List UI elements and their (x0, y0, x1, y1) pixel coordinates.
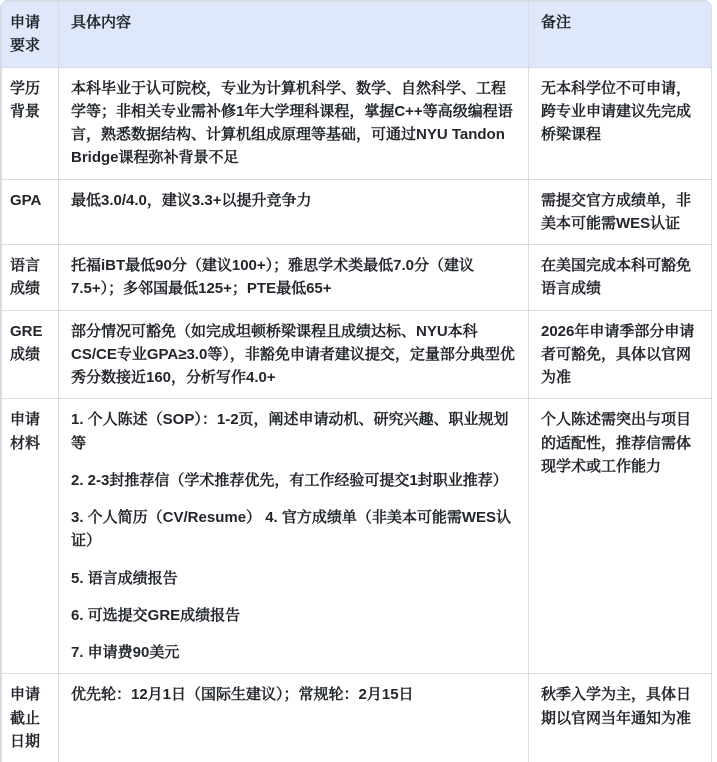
table-body: 学历背景本科毕业于认可院校，专业为计算机科学、数学、自然科学、工程学等；非相关专… (2, 67, 712, 762)
cell-detail: 1. 个人陈述（SOP）：1-2页，阐述申请动机、研究兴趣、职业规划等2. 2-… (59, 399, 529, 674)
table-row: 申请截止日期优先轮：12月1日（国际生建议）；常规轮：2月15日秋季入学为主，具… (2, 674, 712, 762)
cell-detail: 本科毕业于认可院校，专业为计算机科学、数学、自然科学、工程学等；非相关专业需补修… (59, 67, 529, 179)
requirements-table: 申请要求 具体内容 备注 学历背景本科毕业于认可院校，专业为计算机科学、数学、自… (1, 1, 712, 762)
cell-detail: 优先轮：12月1日（国际生建议）；常规轮：2月15日 (59, 674, 529, 762)
cell-detail: 托福iBT最低90分（建议100+）；雅思学术类最低7.0分（建议7.5+）；多… (59, 245, 529, 311)
detail-paragraph: 3. 个人简历（CV/Resume） 4. 官方成绩单（非美本可能需WES认证） (71, 506, 518, 553)
detail-paragraph: 最低3.0/4.0，建议3.3+以提升竞争力 (71, 189, 518, 212)
detail-paragraph: 2. 2-3封推荐信（学术推荐优先，有工作经验可提交1封职业推荐） (71, 469, 518, 492)
cell-note: 在美国完成本科可豁免语言成绩 (529, 245, 712, 311)
table-row: GRE成绩部分情况可豁免（如完成坦顿桥梁课程且成绩达标、NYU本科CS/CE专业… (2, 310, 712, 399)
detail-paragraph: 部分情况可豁免（如完成坦顿桥梁课程且成绩达标、NYU本科CS/CE专业GPA≥3… (71, 320, 518, 390)
cell-requirement: 申请材料 (2, 399, 59, 674)
cell-requirement: 申请截止日期 (2, 674, 59, 762)
cell-requirement: GPA (2, 179, 59, 245)
detail-paragraph: 优先轮：12月1日（国际生建议）；常规轮：2月15日 (71, 683, 518, 706)
cell-requirement: 学历背景 (2, 67, 59, 179)
cell-detail: 最低3.0/4.0，建议3.3+以提升竞争力 (59, 179, 529, 245)
cell-requirement: 语言成绩 (2, 245, 59, 311)
cell-requirement: GRE成绩 (2, 310, 59, 399)
cell-note: 秋季入学为主，具体日期以官网当年通知为准 (529, 674, 712, 762)
detail-paragraph: 1. 个人陈述（SOP）：1-2页，阐述申请动机、研究兴趣、职业规划等 (71, 408, 518, 455)
table-row: GPA最低3.0/4.0，建议3.3+以提升竞争力需提交官方成绩单，非美本可能需… (2, 179, 712, 245)
detail-paragraph: 托福iBT最低90分（建议100+）；雅思学术类最低7.0分（建议7.5+）；多… (71, 254, 518, 301)
header-cell-requirement: 申请要求 (2, 2, 59, 68)
requirements-table-container: 申请要求 具体内容 备注 学历背景本科毕业于认可院校，专业为计算机科学、数学、自… (0, 0, 712, 762)
table-row: 申请材料1. 个人陈述（SOP）：1-2页，阐述申请动机、研究兴趣、职业规划等2… (2, 399, 712, 674)
cell-note: 无本科学位不可申请，跨专业申请建议先完成桥梁课程 (529, 67, 712, 179)
header-cell-detail: 具体内容 (59, 2, 529, 68)
detail-paragraph: 5. 语言成绩报告 (71, 567, 518, 590)
detail-paragraph: 本科毕业于认可院校，专业为计算机科学、数学、自然科学、工程学等；非相关专业需补修… (71, 77, 518, 170)
header-cell-note: 备注 (529, 2, 712, 68)
cell-note: 个人陈述需突出与项目的适配性，推荐信需体现学术或工作能力 (529, 399, 712, 674)
detail-paragraph: 6. 可选提交GRE成绩报告 (71, 604, 518, 627)
cell-note: 需提交官方成绩单，非美本可能需WES认证 (529, 179, 712, 245)
header-row: 申请要求 具体内容 备注 (2, 2, 712, 68)
table-row: 学历背景本科毕业于认可院校，专业为计算机科学、数学、自然科学、工程学等；非相关专… (2, 67, 712, 179)
table-header: 申请要求 具体内容 备注 (2, 2, 712, 68)
table-row: 语言成绩托福iBT最低90分（建议100+）；雅思学术类最低7.0分（建议7.5… (2, 245, 712, 311)
cell-detail: 部分情况可豁免（如完成坦顿桥梁课程且成绩达标、NYU本科CS/CE专业GPA≥3… (59, 310, 529, 399)
cell-note: 2026年申请季部分申请者可豁免，具体以官网为准 (529, 310, 712, 399)
detail-paragraph: 7. 申请费90美元 (71, 641, 518, 664)
